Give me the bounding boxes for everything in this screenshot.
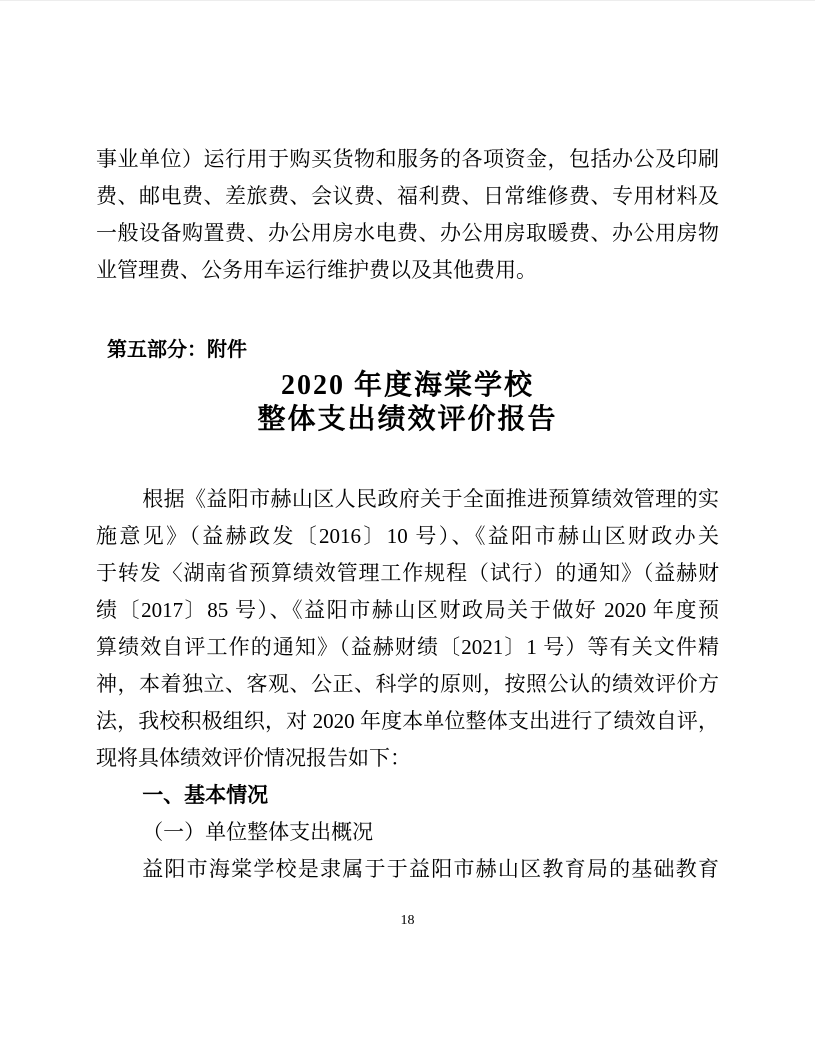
text-line: 算绩效自评工作的通知》（益赫财绩〔2021〕1 号）等有关文件精: [96, 629, 719, 666]
text-line: 事业单位）运行用于购买货物和服务的各项资金，包括办公及印刷: [96, 141, 719, 178]
page-number: 18: [0, 913, 815, 929]
report-title-line-2: 整体支出绩效评价报告: [96, 403, 719, 437]
section-five-label: 第五部分：附件: [96, 337, 719, 363]
heading-basic-situation: 一、基本情况: [96, 777, 719, 814]
paragraph-school-description: 益阳市海棠学校是隶属于于益阳市赫山区教育局的基础教育: [96, 851, 719, 888]
page-content: 事业单位）运行用于购买货物和服务的各项资金，包括办公及印刷费、邮电费、差旅费、会…: [96, 141, 719, 888]
report-title-line-1: 2020 年度海棠学校: [96, 369, 719, 403]
text-line: 一般设备购置费、办公用房水电费、办公用房取暖费、办公用房物: [96, 215, 719, 252]
paragraph-expense-continuation: 事业单位）运行用于购买货物和服务的各项资金，包括办公及印刷费、邮电费、差旅费、会…: [96, 141, 719, 289]
text-line: 绩〔2017〕85 号）、《益阳市赫山区财政局关于做好 2020 年度预: [96, 592, 719, 629]
text-line: 法，我校积极组织，对 2020 年度本单位整体支出进行了绩效自评，: [96, 703, 719, 740]
text-line: 益阳市海棠学校是隶属于于益阳市赫山区教育局的基础教育: [96, 851, 719, 888]
text-line: 费、邮电费、差旅费、会议费、福利费、日常维修费、专用材料及: [96, 178, 719, 215]
text-line: 于转发〈湖南省预算绩效管理工作规程（试行）的通知》（益赫财: [96, 555, 719, 592]
text-line: 神，本着独立、客观、公正、科学的原则，按照公认的绩效评价方: [96, 666, 719, 703]
report-title: 2020 年度海棠学校 整体支出绩效评价报告: [96, 369, 719, 437]
text-line: 根据《益阳市赫山区人民政府关于全面推进预算绩效管理的实: [96, 481, 719, 518]
text-line: 施意见》（益赫政发〔2016〕10 号）、《益阳市赫山区财政办关: [96, 518, 719, 555]
paragraph-intro-basis: 根据《益阳市赫山区人民政府关于全面推进预算绩效管理的实施意见》（益赫政发〔201…: [96, 481, 719, 777]
document-page: 事业单位）运行用于购买货物和服务的各项资金，包括办公及印刷费、邮电费、差旅费、会…: [0, 0, 815, 1055]
subheading-unit-overall-expenditure: （一）单位整体支出概况: [96, 814, 719, 851]
text-line: 业管理费、公务用车运行维护费以及其他费用。: [96, 252, 719, 289]
text-line: 现将具体绩效评价情况报告如下：: [96, 740, 719, 777]
